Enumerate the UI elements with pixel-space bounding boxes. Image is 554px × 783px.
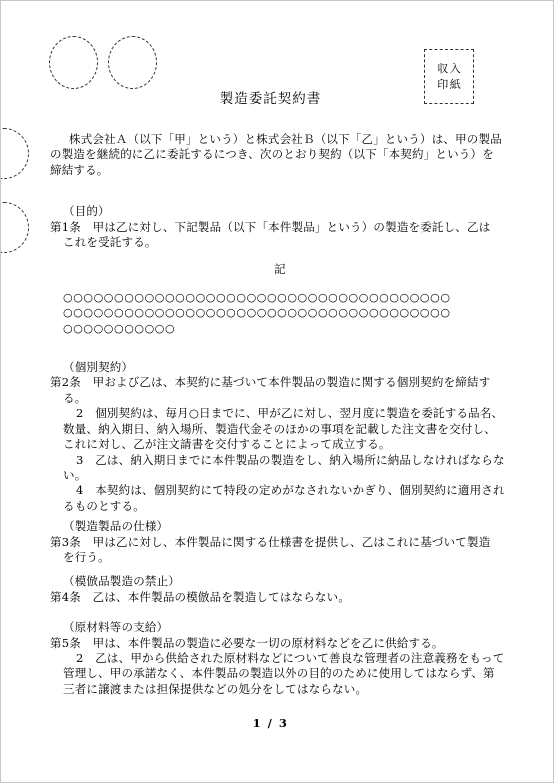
section-heading: （製造製品の仕様） xyxy=(50,519,510,534)
section-heading: （模倣品製造の禁止） xyxy=(50,574,510,589)
sub-item-paragraph: 2 個別契約は、毎月○日までに、甲が乙に対し、翌月度に製造を委託する品名、 数量… xyxy=(50,406,510,452)
sub-item-paragraph: 3 乙は、納入期日までに本件製品の製造をし、納入場所に納品しなければならな い。 xyxy=(50,453,510,484)
document-title: 製造委託契約書 xyxy=(50,87,491,107)
sub-item-paragraph: 4 本契約は、個別契約にて特段の定めがなされないかぎり、個別契約に適用され るも… xyxy=(50,483,510,514)
contract-page: 収入 印紙 製造委託契約書 株式会社Ａ（以下「甲」という）と株式会社Ｂ（以下「乙… xyxy=(0,0,554,783)
page-number: 1 / 3 xyxy=(50,716,491,730)
document-body: 株式会社Ａ（以下「甲」という）と株式会社Ｂ（以下「乙」という）は、甲の製品 の製… xyxy=(50,132,510,697)
seal-placeholder-circle-1 xyxy=(49,36,98,89)
seal-placeholder-circle-2 xyxy=(108,36,157,89)
edge-seal-placeholder-1 xyxy=(0,128,29,179)
intro-paragraph: 株式会社Ａ（以下「甲」という）と株式会社Ｂ（以下「乙」という）は、甲の製品 の製… xyxy=(50,132,510,178)
article-paragraph: 第3条 甲は乙に対し、本件製品に関する仕様書を提供し、乙はこれに基づいて製造 を… xyxy=(50,535,510,566)
edge-seal-placeholder-2 xyxy=(0,202,29,253)
section-heading: （原材料等の支給） xyxy=(50,620,510,635)
revenue-stamp-label-line1: 収入 xyxy=(436,63,463,74)
section-heading: （個別契約） xyxy=(50,360,510,375)
note-marker: 記 xyxy=(50,262,510,277)
article-paragraph: 第2条 甲および乙は、本契約に基づいて本件製品の製造に関する個別契約を締結す る… xyxy=(50,375,510,406)
placeholder-circles-line: ○○○○○○○○○○○ xyxy=(50,321,510,336)
article-paragraph: 第4条 乙は、本件製品の模倣品を製造してはならない。 xyxy=(50,590,510,605)
article-paragraph: 第1条 甲は乙に対し、下記製品（以下「本件製品」という）の製造を委託し、乙は こ… xyxy=(50,220,510,251)
placeholder-circles-line: ○○○○○○○○○○○○○○○○○○○○○○○○○○○○○○○○○○○○○○ xyxy=(50,305,510,320)
sub-item-paragraph: 2 乙は、甲から供給された原材料などについて善良な管理者の注意義務をもって 管理… xyxy=(50,651,510,697)
placeholder-circles-line: ○○○○○○○○○○○○○○○○○○○○○○○○○○○○○○○○○○○○○○ xyxy=(50,290,510,305)
article-paragraph: 第5条 甲は、本件製品の製造に必要な一切の原材料などを乙に供給する。 xyxy=(50,636,510,651)
section-heading: （目的） xyxy=(50,204,510,219)
